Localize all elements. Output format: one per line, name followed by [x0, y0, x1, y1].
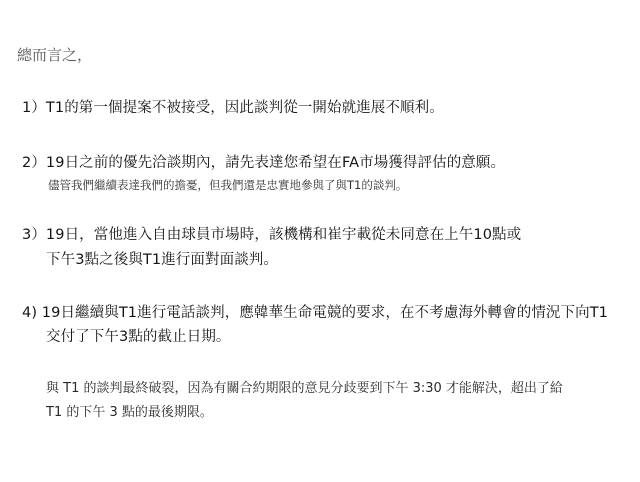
- note-line-2: T1 的下午 3 點的最後期限。: [46, 401, 213, 420]
- item-1-line-1: 1）T1的第一個提案不被接受，因此談判從一開始就進展不順利。: [22, 96, 444, 117]
- item-4-line-1: 4) 19日繼續與T1進行電話談判，應韓華生命電競的要求，在不考慮海外轉會的情況…: [22, 301, 608, 322]
- intro-heading: 總而言之，: [17, 44, 92, 65]
- note-line-1: 與 T1 的談判最終破裂，因為有關合約期限的意見分歧要到下午 3:30 才能解決…: [46, 377, 563, 396]
- item-3-line-2: 下午3點之後與T1進行面對面談判。: [46, 248, 278, 269]
- item-3-line-1: 3）19日，當他進入自由球員市場時，該機構和崔宇載從未同意在上午10點或: [22, 223, 521, 244]
- item-2-line-1: 2）19日之前的優先洽談期內，請先表達您希望在FA市場獲得評估的意願。: [22, 151, 505, 172]
- item-2-subnote: 儘管我們繼續表達我們的擔憂，但我們還是忠實地參與了與T1的談判。: [48, 177, 407, 193]
- item-4-line-2: 交付了下午3點的截止日期。: [46, 325, 231, 346]
